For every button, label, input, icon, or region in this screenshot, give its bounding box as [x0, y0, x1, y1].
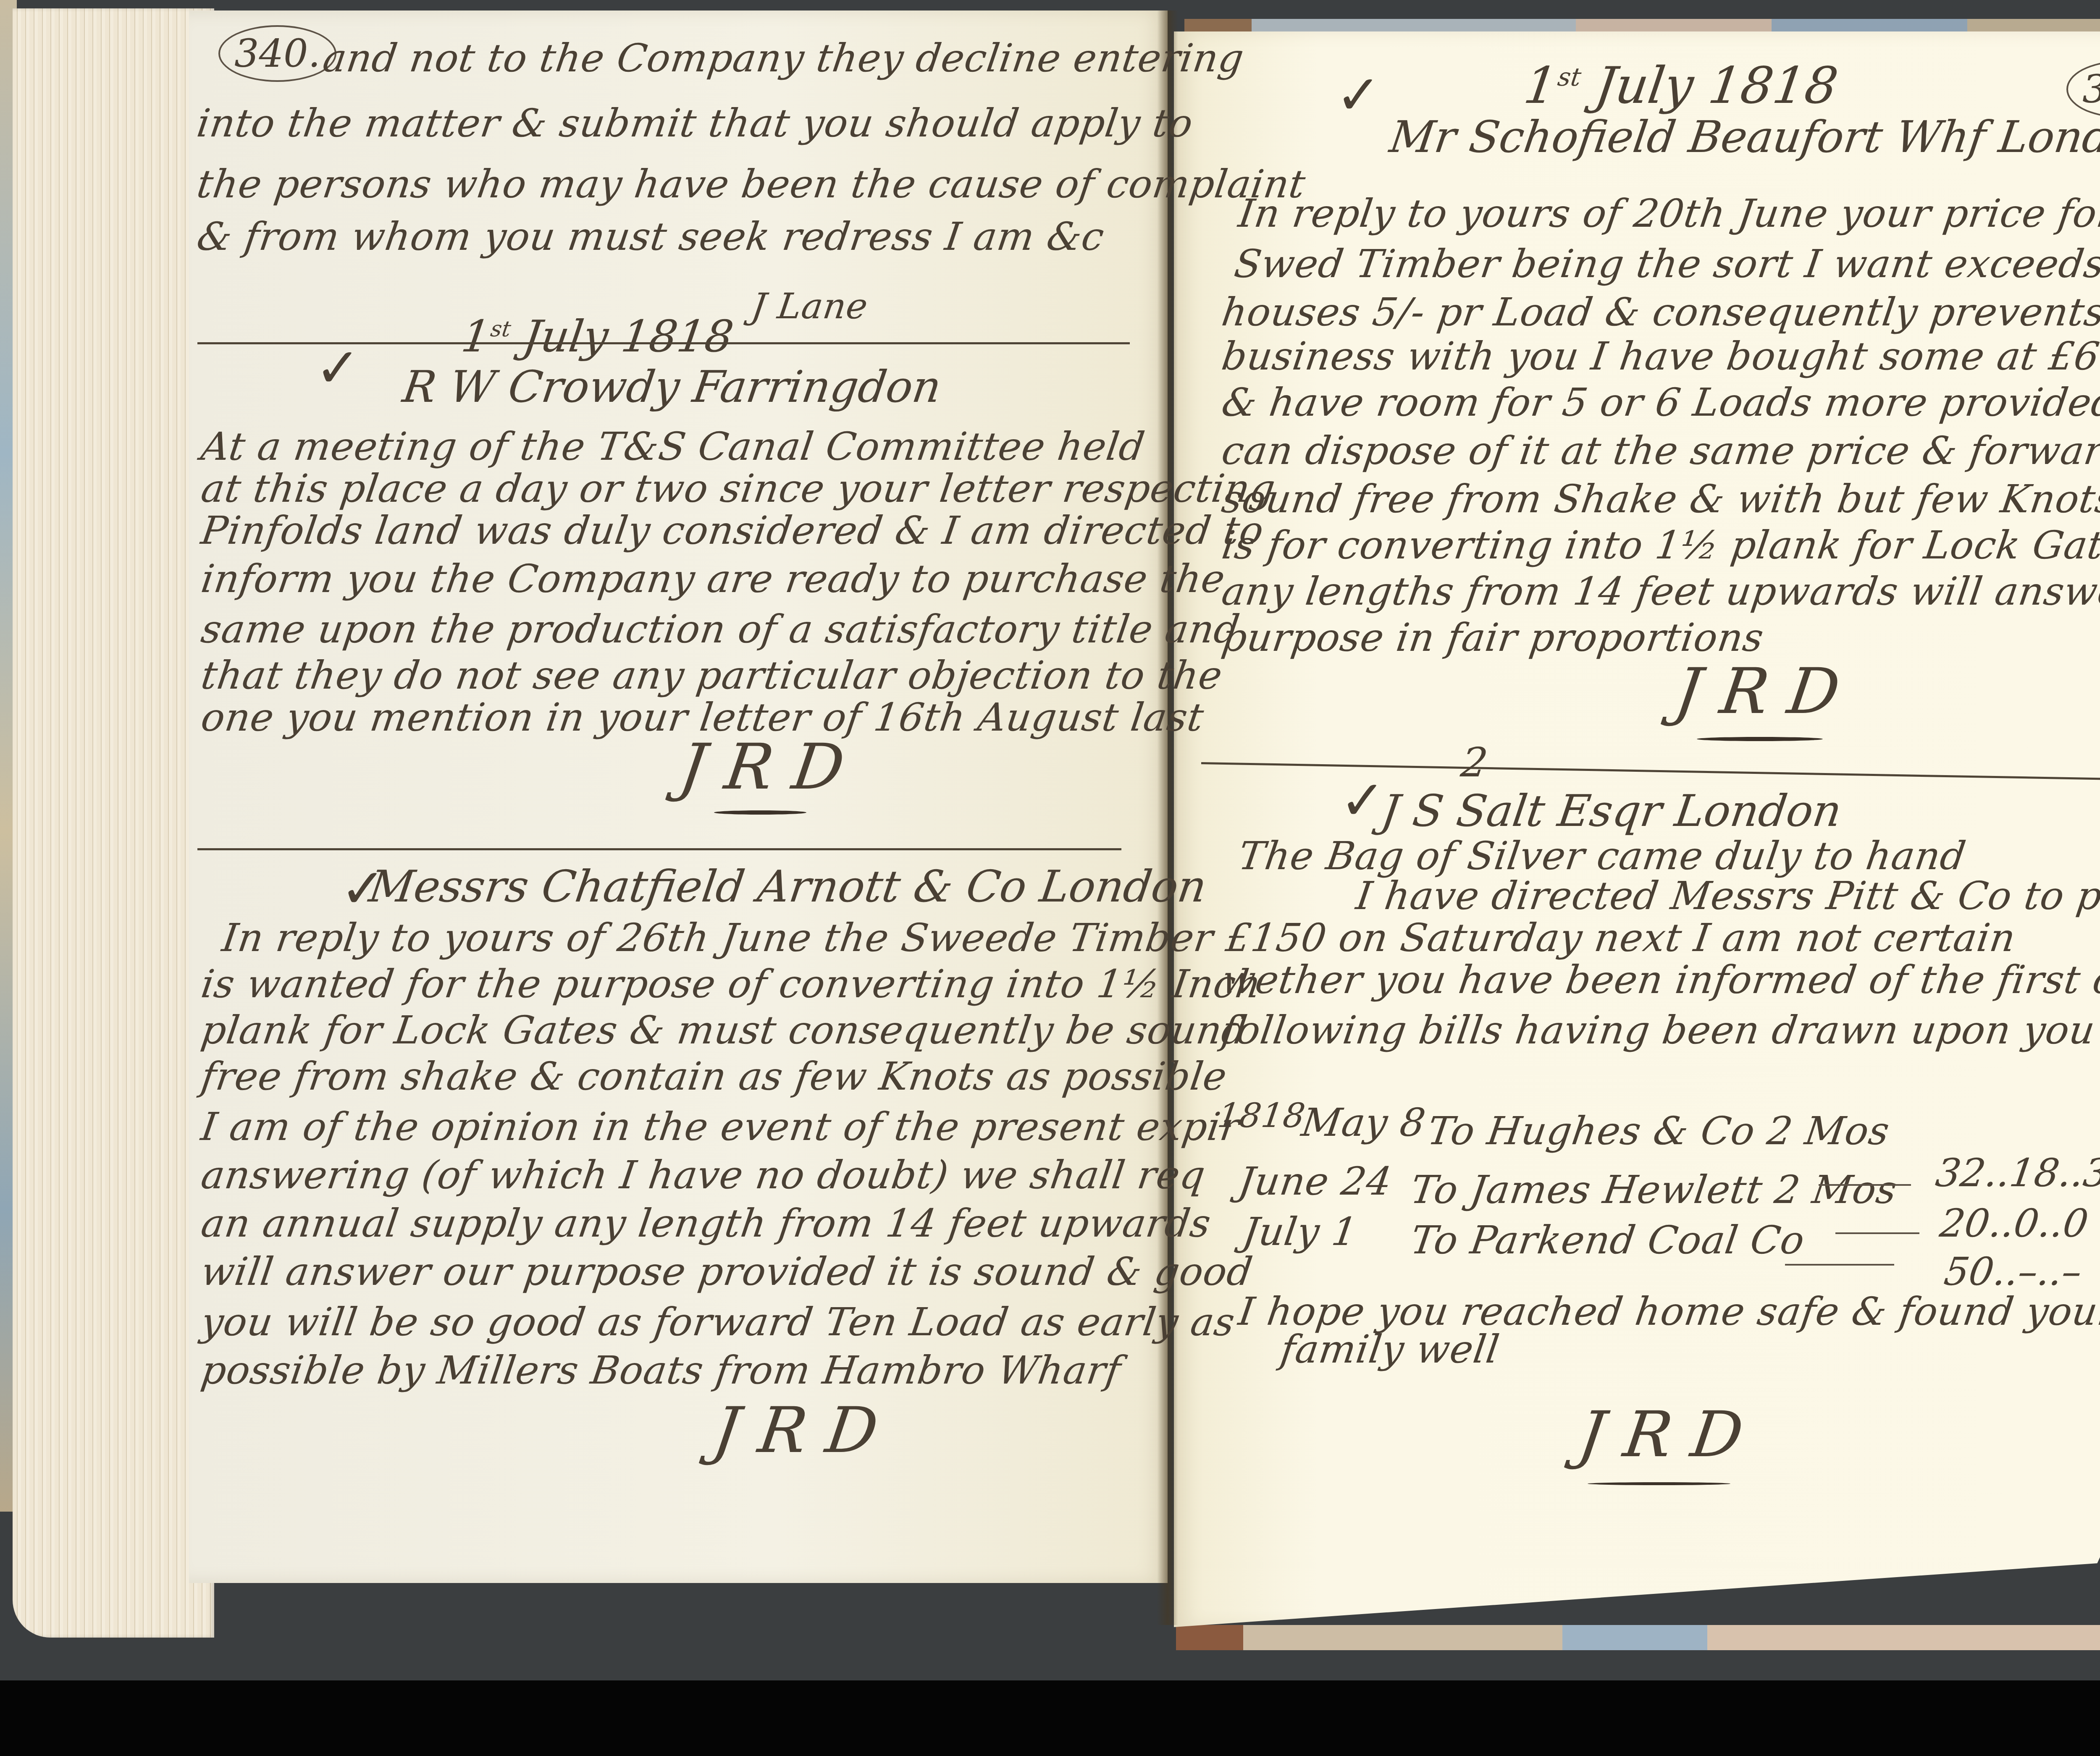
letter-date: 1st July 1818 — [458, 311, 736, 362]
letter-addressee: Mr Schofield Beaufort Whf London — [1386, 111, 2100, 162]
letter-body-line: answering (of which I have no doubt) we … — [198, 1153, 1208, 1198]
continuation-line: the persons who may have been the cause … — [194, 162, 1308, 207]
letter-addressee: R W Crowdy Farringdon — [399, 361, 944, 412]
marbled-endpaper-bottom — [1176, 1625, 2100, 1650]
letter-addressee: Messrs Chatfield Arnott & Co London — [366, 861, 1210, 912]
letter-body-line: free from shake & contain as few Knots a… — [198, 1054, 1230, 1099]
check-mark-icon: ✓ — [1336, 63, 1381, 127]
letter-body-line: is for converting into 1½ plank for Lock… — [1219, 523, 2100, 568]
date-annotation: J Lane — [749, 286, 871, 327]
letter-body-line: at this place a day or two since your le… — [198, 466, 1278, 511]
letter-body-line: In reply to yours of 20th June your pric… — [1236, 191, 2100, 236]
bill-payee: To Parkend Coal Co — [1408, 1218, 1807, 1263]
page-number-left: 340. — [218, 25, 336, 82]
letter-body-line: Swed Timber being the sort I want exceed… — [1231, 241, 2100, 286]
date-year: 1818 — [1705, 57, 1841, 115]
leader-dash — [1819, 1184, 1911, 1186]
bill-payee: To Hughes & Co 2 Mos — [1425, 1109, 1892, 1153]
letter-body-line: that they do not see any particular obje… — [198, 653, 1225, 698]
letter-body-line: sound free from Shake & with but few Kno… — [1219, 477, 2100, 522]
check-mark-icon: ✓ — [315, 336, 361, 400]
date-day-suffix: st — [489, 317, 512, 342]
divider-rule — [197, 848, 1121, 850]
continuation-line: into the matter & submit that you should… — [194, 101, 1196, 146]
bill-payee: To James Hewlett 2 Mos — [1408, 1167, 1900, 1212]
letter-body-line: will answer our purpose provided it is s… — [198, 1249, 1255, 1294]
date-month: July — [520, 311, 612, 362]
letter-body-line: possible by Millers Boats from Hambro Wh… — [198, 1348, 1123, 1393]
bill-date: May 8 — [1299, 1100, 1428, 1145]
leader-dash — [1835, 1232, 1919, 1234]
letter-body-line: you will be so good as forward Ten Load … — [198, 1300, 1238, 1345]
bill-amount: 50..–..– — [1941, 1249, 2084, 1294]
letter-body-line: an annual supply any length from 14 feet… — [198, 1201, 1213, 1246]
letter-addressee: J S Salt Esqr London — [1378, 785, 1845, 836]
letter-body-line: In reply to yours of 26th June the Sweed… — [219, 915, 1216, 960]
continuation-line: and not to the Company they decline ente… — [320, 36, 1247, 81]
letter-signature: J R D — [1671, 655, 1844, 728]
letter-body-line: wether you have been informed of the fir… — [1219, 957, 2100, 1002]
closing-line: family well — [1278, 1327, 1502, 1372]
signature-flourish — [1588, 1482, 1730, 1485]
bill-amount: 20..0..0 — [1937, 1201, 2091, 1246]
signature-flourish — [714, 810, 806, 815]
letter-body-line: I am of the opinion in the event of the … — [198, 1104, 1242, 1149]
letter-body-line: The Bag of Silver came duly to hand — [1236, 833, 1969, 878]
leader-dash — [1785, 1264, 1894, 1266]
bill-amount: 32..18..3 — [1933, 1151, 2100, 1195]
continuation-line: & from whom you must seek redress I am &… — [194, 214, 1107, 259]
date-year: 1818 — [618, 311, 737, 362]
bill-date: July 1 — [1240, 1209, 1360, 1254]
letter-body-line: same upon the production of a satisfacto… — [198, 607, 1242, 652]
letter-body-line: plank for Lock Gates & must consequently… — [198, 1008, 1250, 1053]
letter-signature: J R D — [709, 1394, 882, 1467]
date-month: July — [1592, 57, 1697, 115]
letter-body-line: houses 5/- pr Load & consequently preven… — [1219, 290, 2100, 335]
letter-body-line: & have room for 5 or 6 Loads more provid… — [1219, 380, 2100, 425]
letter-signature: J R D — [1574, 1398, 1748, 1471]
letter-body-line: can dispose of it at the same price & fo… — [1219, 428, 2100, 473]
letter-body-line: £150 on Saturday next I am not certain — [1223, 915, 2018, 960]
letter-body-line: business with you I have bought some at … — [1219, 334, 2100, 379]
letter-body-line: I have directed Messrs Pitt & Co to pay … — [1353, 873, 2100, 918]
bill-year: 1818 — [1215, 1096, 1308, 1135]
letter-body-line: is wanted for the purpose of converting … — [198, 962, 1264, 1006]
letter-signature: J R D — [675, 731, 849, 804]
letter-body-line: Pinfolds land was duly considered & I am… — [198, 508, 1266, 553]
bill-date: June 24 — [1236, 1159, 1394, 1204]
date-day-suffix: st — [1556, 63, 1583, 92]
letter-body-line: inform you the Company are ready to purc… — [198, 556, 1228, 601]
letter-body-line: following bills having been drawn upon y… — [1219, 1008, 2098, 1053]
letter-body-line: purpose in fair proportions — [1219, 615, 1767, 660]
scan-backdrop — [0, 1680, 2100, 1756]
check-mark-icon: ✓ — [1340, 768, 1386, 832]
open-ledger-book: 340. and not to the Company they decline… — [0, 0, 2100, 1756]
page-edges-stack — [13, 8, 214, 1638]
letter-date: 1st July 1818 — [1520, 57, 1841, 115]
signature-flourish — [1697, 737, 1823, 741]
book-gutter — [1157, 10, 1178, 1625]
letter-body-line: any lengths from 14 feet upwards will an… — [1219, 569, 2100, 614]
letter-body-line: At a meeting of the T&S Canal Committee … — [198, 424, 1147, 469]
